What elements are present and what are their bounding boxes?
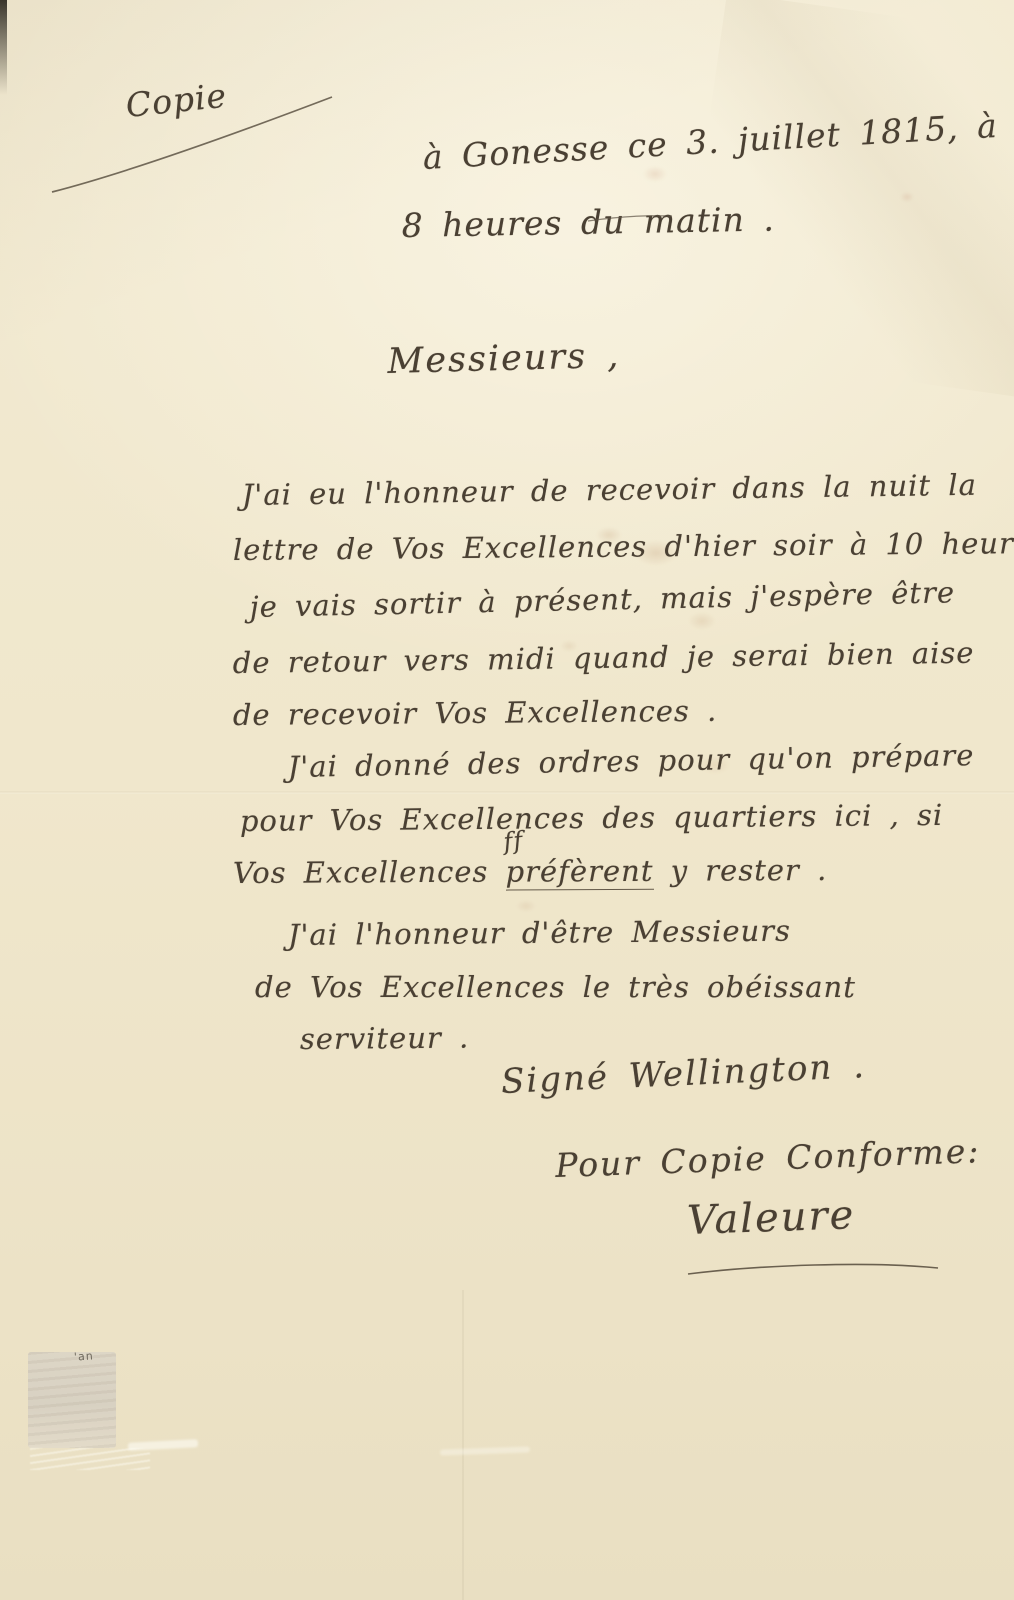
copy-certification-line: Pour Copie Conforme: [555, 1131, 981, 1185]
interlinear-insertion: ff [502, 826, 525, 856]
underlined-word: préfèrent [505, 854, 653, 891]
clerk-signature: Valeure [686, 1192, 856, 1244]
closing-line: de Vos Excellences le très obéissant [255, 970, 856, 1004]
scratch-mark [128, 1439, 198, 1451]
foxing-stain [643, 166, 667, 182]
closing-line: serviteur . [300, 1021, 470, 1056]
page-edge-shadow [0, 0, 7, 95]
body-line: je vais sortir à présent, mais j'espère … [249, 575, 955, 624]
scratch-mark [440, 1446, 530, 1455]
tape-residue-striations [30, 1448, 150, 1470]
body-text: Vos Excellences [233, 855, 506, 890]
body-line: J'ai eu l'honneur de recevoir dans la nu… [242, 468, 978, 512]
salutation: Messieurs , [387, 336, 621, 382]
tape-residue [28, 1352, 116, 1448]
fold-crease-horizontal [0, 791, 1014, 794]
foxing-stain [516, 900, 536, 912]
body-line: Vos Excellences préfèrent y rester . [233, 853, 828, 890]
foxing-stain [900, 192, 914, 202]
pencil-note: 'an [74, 1349, 95, 1363]
body-line: pour Vos Excellences des quartiers ici ,… [240, 798, 944, 838]
body-line: de retour vers midi quand je serai bien … [233, 636, 975, 680]
body-text: y rester . [653, 853, 827, 888]
signature-flourish-line [688, 1264, 938, 1274]
letter-sheet: 'an Copie à Gonesse ce 3. juillet 1815, … [0, 0, 1014, 1600]
signed-wellington-line: Signé Wellington . [500, 1046, 866, 1102]
copy-annotation: Copie [124, 76, 229, 125]
body-line: lettre de Vos Excellences d'hier soir à … [233, 526, 1014, 567]
body-line: de recevoir Vos Excellences . [233, 694, 718, 732]
dateline-line-2: 8 heures du matin . [401, 199, 775, 245]
fold-crease-vertical [462, 1290, 464, 1600]
closing-line: J'ai l'honneur d'être Messieurs [288, 914, 791, 952]
body-line: J'ai donné des ordres pour qu'on prépare [287, 738, 974, 784]
